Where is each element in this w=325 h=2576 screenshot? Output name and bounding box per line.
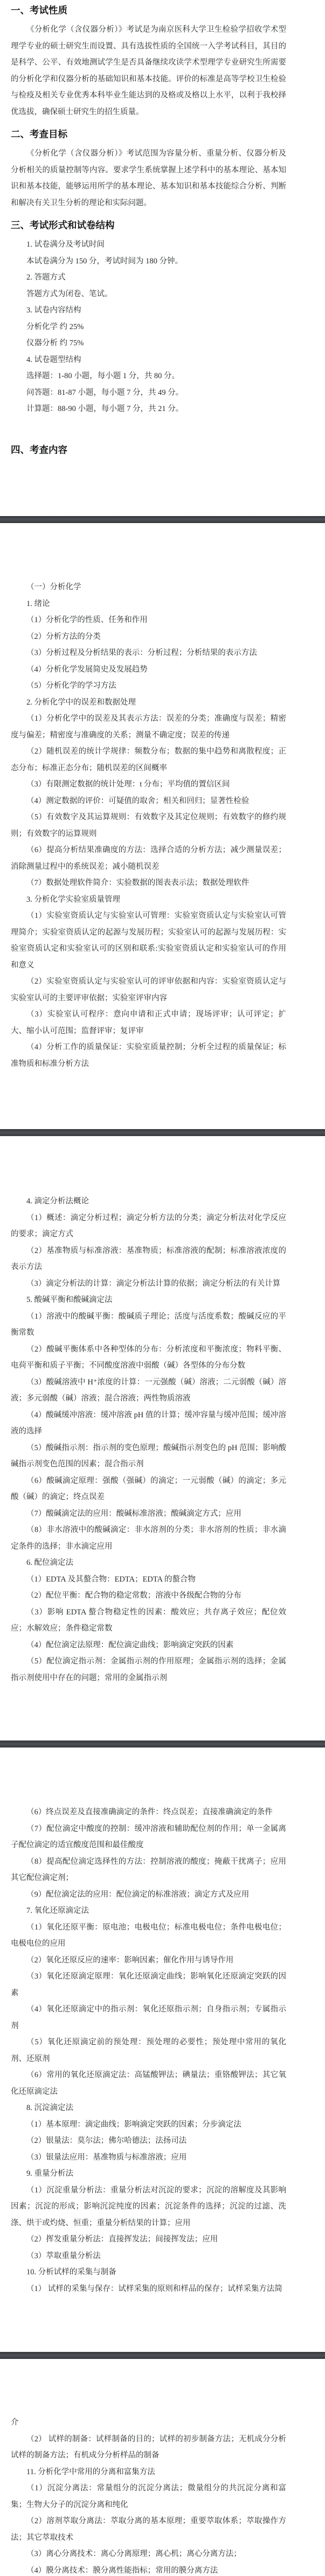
paragraph: （6）常用的氧化还原滴定法：高锰酸钾法；碘量法；重铬酸钾法；其它氧化还原滴定法	[11, 2067, 286, 2100]
paragraph: （4）酸碱缓冲溶液：缓冲溶液 pH 值的计算；缓冲容量与缓冲范围；缓冲溶液的选择	[11, 1407, 286, 1440]
paragraph: 1. 试卷满分及考试时间	[11, 236, 286, 253]
paragraph: 计算题：88-90 小题，每小题 7 分，共 21 分。	[11, 401, 286, 417]
document-pages: 一、考试性质《分析化学（含仪器分析）》考试是为南京医科大学卫生检验学招收学术型理…	[0, 0, 325, 2576]
paragraph: （2）实验室资质认定与实验室认可的评审依据和内容：实验室资质认定与实验室认可的主…	[11, 973, 286, 1006]
paragraph: （5）分析化学的学习方法	[11, 678, 286, 694]
paragraph: 仪器分析 约 75%	[11, 335, 286, 352]
paragraph: （1） 试样的采集与保存：试样采集的原则和样品的保存；试样采集方法简	[11, 2281, 286, 2297]
paragraph: （2）分析方法的分类	[11, 629, 286, 645]
paragraph: （1）分析化学的性质、任务和作用	[11, 612, 286, 629]
paragraph: （6）提高分析结果准确度的方法：选择合适的分析方法；减少测量误差；消除测量过程中…	[11, 842, 286, 875]
paragraph: （一）分析化学	[11, 579, 286, 596]
paragraph: 4. 滴定分析法概论	[11, 1193, 286, 1210]
paragraph: 2. 分析化学中的误差和数据处理	[11, 694, 286, 711]
document-page: 一、考试性质《分析化学（含仪器分析）》考试是为南京医科大学卫生检验学招收学术型理…	[0, 0, 325, 516]
paragraph: （1）分析化学中的误差及其表示方法：误差的分类；准确度与误差；精密度与偏差；精密…	[11, 711, 286, 743]
paragraph: （2）随机误差的统计学规律：频数分布；数据的集中趋势和离散程度；正态分布；标准正…	[11, 743, 286, 776]
paragraph: （3）银量法应用：基准物质与标准溶液；应用	[11, 2149, 286, 2166]
paragraph: （5）酸碱指示剂：指示剂的变色原理；酸碱指示剂变色的 pH 范围；影响酸碱指示剂…	[11, 1440, 286, 1473]
paragraph: （3）实验室认可程序：意向申请和正式申请；现场评审；认可评定；扩大、缩小认可范围…	[11, 1006, 286, 1039]
paragraph: （1）沉淀分离法：常量组分的沉淀分离法；微量组分的共沉淀分离和富集；生物大分子的…	[11, 2480, 286, 2513]
paragraph: 本试卷满分为 150 分，考试时间为 180 分钟。	[11, 253, 286, 270]
document-page: 介（2） 试样的制备：试样制备的目的；试样的初步制备方法；无机成分分析试样的制备…	[0, 2359, 325, 2576]
paragraph: 分析化学 约 25%	[11, 319, 286, 336]
paragraph: 介	[11, 2414, 286, 2431]
paragraph: （1）沉淀重量分析法：重量分析法对沉淀的要求；沉淀的溶解度及其影响因素；沉淀的形…	[11, 2182, 286, 2232]
paragraph: 《分析化学（含仪器分析）》考试是为南京医科大学卫生检验学招收学术型理学专业的硕士…	[11, 22, 286, 120]
page-separator	[0, 2352, 325, 2359]
paragraph: （3）酸碱溶液中 H⁺浓度的计算：一元强酸（碱）溶液；二元弱酸（碱）溶液；多元弱…	[11, 1374, 286, 1407]
section-heading: 三、考试形式和试卷结构	[11, 218, 286, 232]
paragraph: 6. 配位滴定法	[11, 1555, 286, 1571]
paragraph: （2）基准物质与标准溶液：基准物质；标准溶液的配制；标准溶液浓度的表示方法	[11, 1243, 286, 1276]
paragraph: 9. 重量分析法	[11, 2166, 286, 2182]
paragraph: （1）基本原理：滴定曲线；影响滴定突跃的因素；分步滴定法	[11, 2117, 286, 2133]
paragraph: 11. 分析化学中常用的分离和富集方法	[11, 2464, 286, 2481]
paragraph: （3）影响 EDTA 螯合物稳定性的因素：酸效应；共存离子效应；配位效应；水解效…	[11, 1604, 286, 1637]
paragraph: （8）提高配位滴定选择性的方法：控制溶液的酸度；掩蔽干扰离子；应用其它配位滴定剂…	[11, 1854, 286, 1886]
paragraph: （4）氧化还原滴定中的指示剂：氧化还原指示剂；自身指示剂；专属指示剂	[11, 2001, 286, 2034]
paragraph: 7. 氧化还原滴定法	[11, 1903, 286, 1919]
paragraph: （3）氧化还原滴定原理：氧化还原滴定曲线；影响氧化还原滴定突跃的因素	[11, 1968, 286, 2001]
paragraph: （2）配位平衡：配合物的稳定常数；溶液中各级配合物的分布	[11, 1588, 286, 1604]
paragraph: （2）氧化还原反应的速率：影响因素；催化作用与诱导作用	[11, 1952, 286, 1969]
document-page: 4. 滴定分析法概论（1）概述：滴定分析过程；滴定分析方法的分类；滴定分析法对化…	[0, 1136, 325, 1740]
paragraph: 3. 分析化学实验室质量管理	[11, 892, 286, 908]
paragraph: （2）酸碱平衡体系中各种型体的分布：分析浓度和平衡浓度；物料平衡、电荷平衡和质子…	[11, 1341, 286, 1374]
document-viewer: 一、考试性质《分析化学（含仪器分析）》考试是为南京医科大学卫生检验学招收学术型理…	[0, 0, 325, 2576]
page-separator	[0, 1740, 325, 1747]
paragraph: （7）数据处理软件简介：实验数据的图表表示法；数据处理软件	[11, 875, 286, 892]
paragraph: （3）离心分离技术：离心分离原理；离心机；离心分离方法；	[11, 2546, 286, 2563]
paragraph: 《分析化学（含仪器分析）》考试范围为容量分析、重量分析、仪器分析及分析相关的质量…	[11, 145, 286, 211]
paragraph: （2）银量法：莫尔法；佛尔哈德法；法扬司法	[11, 2133, 286, 2149]
paragraph: （2）挥发重量分析法：直接挥发法；间接挥发法；应用	[11, 2231, 286, 2248]
paragraph: （2） 试样的制备：试样制备的目的；试样的初步制备方法；无机成分分析试样的制备方…	[11, 2431, 286, 2464]
blank-line	[11, 417, 286, 436]
paragraph: 1. 绪论	[11, 596, 286, 612]
paragraph: （5）氧化还原滴定前的预处理：预处理的必要性；预处理中常用的氧化剂、还原剂	[11, 2034, 286, 2067]
paragraph: 选择题：1-80 小题，每小题 1 分，共 80 分。	[11, 368, 286, 385]
paragraph: （8）非水溶液中的酸碱滴定：非水溶剂的分类；非水溶剂的性质；非水滴定条件的选择；…	[11, 1522, 286, 1555]
page-separator	[0, 1129, 325, 1136]
paragraph: （1）概述：滴定分析过程；滴定分析方法的分类；滴定分析法对化学反应的要求；滴定方…	[11, 1210, 286, 1243]
page-separator	[0, 516, 325, 523]
paragraph: （4）分析化学发展简史及发展趋势	[11, 662, 286, 678]
paragraph: （3）滴定分析法的计算：滴定分析法计算的依据；滴定分析法的有关计算	[11, 1276, 286, 1292]
paragraph: （1）实验室资质认定与实验室认可管理：实验室资质认定与实验室认可管理简介；实验室…	[11, 908, 286, 973]
section-heading: 二、考查目标	[11, 127, 286, 141]
paragraph: （3）分析过程及分析结果的表示：分析过程；分析结果的表示方法	[11, 645, 286, 662]
paragraph: （4）膜分离技术：膜分离性能指标；常用的膜分离方法	[11, 2563, 286, 2576]
document-page: （一）分析化学1. 绪论（1）分析化学的性质、任务和作用（2）分析方法的分类（3…	[0, 523, 325, 1129]
paragraph: （1）EDTA 及其螯合物：EDTA；EDTA 的螯合物	[11, 1571, 286, 1588]
paragraph: （9）配位滴定法的应用：配位滴定的标准溶液；滴定方式及应用	[11, 1886, 286, 1903]
paragraph: 4. 试卷题型结构	[11, 352, 286, 368]
paragraph: （7）配位滴定中酸度的控制：缓冲溶液和辅助配位剂的作用；单一金属离子配位滴定的适…	[11, 1821, 286, 1854]
paragraph: （3）萃取重量分析法	[11, 2248, 286, 2265]
paragraph: （4）测定数据的评价：可疑值的取舍；相关和回归；显著性检验	[11, 793, 286, 810]
section-heading: 四、考查内容	[11, 443, 286, 457]
paragraph: （4）分析工作的质量保证：实验室质量控制；分析全过程的质量保证；标准物质和标准分…	[11, 1039, 286, 1072]
paragraph: 8. 沉淀滴定法	[11, 2100, 286, 2117]
paragraph: （5）配位滴定指示剂：金属指示剂的作用原理；金属指示剂的选择；金属指示剂使用中存…	[11, 1653, 286, 1686]
paragraph: （6）终点误差及直接准确滴定的条件：终点误差；直接准确滴定的条件	[11, 1804, 286, 1821]
paragraph: （3）有限测定数据的统计处理：t 分布；平均值的置信区间	[11, 776, 286, 793]
paragraph: 3. 试卷内容结构	[11, 302, 286, 319]
paragraph: （1）氧化还原平衡：原电池；电极电位；标准电极电位；条件电极电位；电极电位的应用	[11, 1919, 286, 1952]
paragraph: （4）配位滴定法原理：配位滴定曲线；影响滴定突跃的因素	[11, 1637, 286, 1654]
paragraph: （5）有效数字及其运算规则：有效数字及其定位规则；有效数字的修约规则；有效数字的…	[11, 809, 286, 842]
paragraph: （1）溶液中的酸碱平衡：酸碱质子理论；活度与活度系数；酸碱反应的平衡常数	[11, 1308, 286, 1341]
paragraph: 问答题：81-87 小题，每小题 7 分，共 49 分。	[11, 385, 286, 401]
paragraph: 答题方式为闭卷、笔试。	[11, 286, 286, 303]
section-heading: 一、考试性质	[11, 3, 286, 17]
document-page: （6）终点误差及直接准确滴定的条件：终点误差；直接准确滴定的条件（7）配位滴定中…	[0, 1747, 325, 2352]
paragraph: 2. 答题方式	[11, 269, 286, 286]
paragraph: 5. 酸碱平衡和酸碱滴定法	[11, 1292, 286, 1308]
paragraph: （6）酸碱滴定原理：强酸（强碱）的滴定；一元弱酸（碱）的滴定；多元酸（碱）的滴定…	[11, 1473, 286, 1506]
paragraph: （7）酸碱滴定法的应用：酸碱标准溶液；酸碱滴定方式；应用	[11, 1506, 286, 1522]
paragraph: 10. 分析试样的采集与制备	[11, 2264, 286, 2281]
paragraph: （2）溶剂萃取分离法：萃取分离的基本原理；重要萃取体系；萃取操作方法；其它萃取技…	[11, 2513, 286, 2546]
